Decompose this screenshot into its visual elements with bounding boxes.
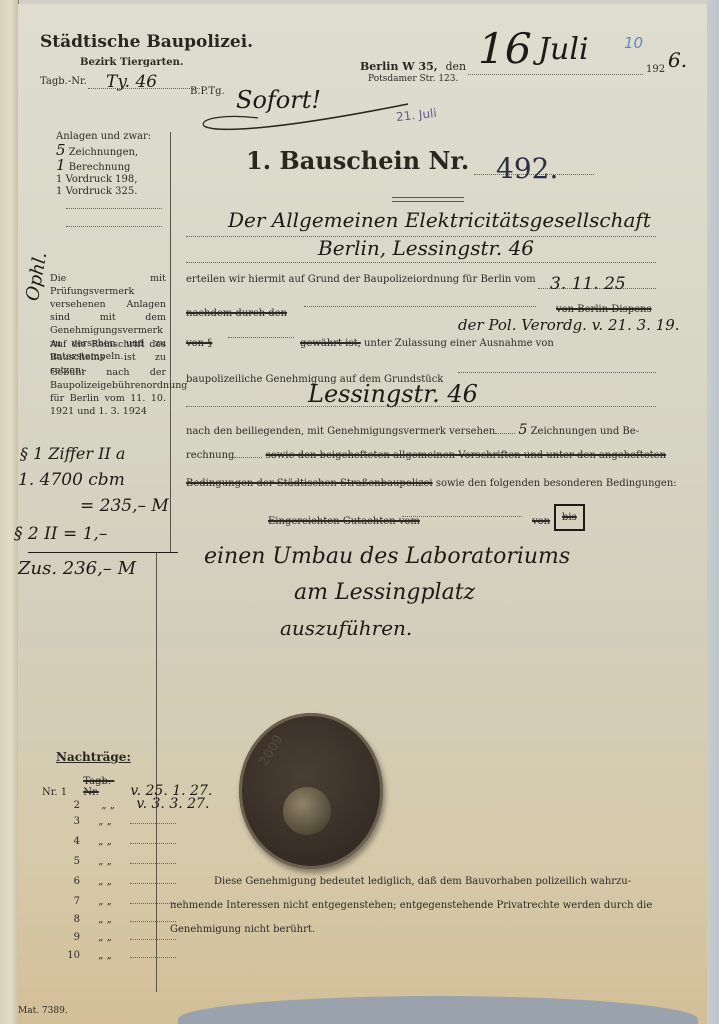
district-line: Bezirk Tiergarten.: [80, 57, 183, 68]
permit-number: 492.: [496, 152, 558, 185]
blank-line: [458, 372, 656, 373]
nachtrag-row: 10„ „: [42, 950, 176, 961]
nachtrag-row: 8„ „: [42, 914, 176, 925]
condition-line-3: auszuführen.: [280, 616, 412, 640]
blue-pencil-mark: 10: [624, 34, 643, 52]
year-suffix: 6.: [668, 48, 687, 72]
applicant-line-2: Berlin, Lessingstr. 46: [318, 236, 534, 260]
urgent-flourish-icon: [198, 96, 418, 136]
exception-text: unter Zulassung einer Ausnahme von: [364, 338, 554, 349]
struck-text: Eingereichten Gutachten vom: [268, 516, 420, 527]
attachment-item: 1 Berechnung: [56, 159, 138, 174]
form-number: Mat. 7389.: [18, 1006, 68, 1016]
tagb-label: Tagb.-Nr.: [40, 76, 87, 87]
conditions-text: sowie den folgenden besonderen Bedingung…: [436, 478, 677, 489]
applicant-blank-line: [186, 262, 656, 263]
nachtrag-row: 5„ „: [42, 856, 176, 867]
document-title: 1. Bauschein Nr.: [246, 146, 469, 175]
condition-line-2: am Lessingplatz: [294, 580, 475, 605]
struck-text: von Berlin Dispens: [556, 304, 652, 315]
table-surface: [178, 996, 698, 1024]
note-fee-basis: Gebühr nach der Baupolizeigebührenordnun…: [50, 366, 166, 418]
grant-text: erteilen wir hiermit auf Grund der Baupo…: [186, 274, 536, 285]
district-name: Tiergarten.: [120, 57, 183, 68]
nachtraege-heading: Nachträge:: [56, 750, 131, 764]
disclaimer-line-1: Diese Genehmigung bedeutet lediglich, da…: [214, 876, 631, 887]
nachtrag-row: 6„ „: [42, 876, 176, 887]
struck-text: Bedingungen der Städtischen Straßenbaupo…: [186, 478, 433, 489]
fee-paragraph: § 1 Ziffer II a: [20, 444, 125, 463]
calc-line: rechnung sowie den beigehefteten allgeme…: [186, 450, 666, 461]
struck-bracket: bis: [554, 504, 585, 531]
drawings-count: 5: [519, 422, 528, 438]
title-number-field: 492.: [474, 152, 594, 175]
attachments-heading: Anlagen und zwar:: [56, 131, 151, 142]
city-line: Berlin W 35, den: [360, 60, 466, 73]
title-rule: [392, 197, 464, 202]
tagb-field: Ty. 46: [88, 72, 200, 89]
property-address: Lessingstr. 46: [308, 380, 478, 408]
district-prefix: Bezirk: [80, 57, 117, 68]
fee-volume: 1. 4700 cbm: [18, 470, 125, 490]
year-prefix: 192: [646, 64, 665, 75]
nachtrag-row: 2 „ „ v. 3. 3. 27.: [42, 796, 209, 812]
attachment-item: 5 Zeichnungen,: [56, 144, 138, 159]
page-right-edge: [707, 0, 719, 1024]
struck-text: von §: [186, 338, 212, 349]
street-address: Potsdamer Str. 123.: [368, 74, 458, 84]
authority-heading: Städtische Baupolizei.: [40, 32, 253, 52]
nachtrag-row: 7„ „: [42, 896, 176, 907]
struck-text: nachdem durch den: [186, 308, 287, 319]
condition-line-1: einen Umbau des Laboratoriums: [204, 544, 570, 569]
applicant-line-1: Der Allgemeinen Elektricitätsgesellschaf…: [228, 208, 651, 232]
conditions-line: Bedingungen der Städtischen Straßenbaupo…: [186, 478, 677, 489]
disclaimer-line-3: Genehmigung nicht berührt.: [170, 924, 315, 935]
paperweight-marking: 2009: [257, 732, 287, 768]
fee-amount-1: = 235,– M: [80, 496, 169, 516]
fee-line-2: § 2 II = 1,–: [14, 524, 107, 544]
nachtrag-row: 9„ „: [42, 932, 176, 943]
paperweight: 2009: [239, 713, 383, 869]
blank-line: [186, 406, 656, 407]
attachment-item: 1 Vordruck 325.: [56, 186, 138, 198]
tagb-value: Ty. 46: [106, 72, 157, 92]
disclaimer-line-2: nehmende Interessen nicht entgegenstehen…: [170, 900, 652, 911]
column-divider-lower: [156, 552, 157, 992]
margin-signature: Ophl.: [22, 250, 51, 302]
nachtrag-row: 4„ „: [42, 836, 176, 847]
blank-line: [228, 337, 294, 338]
attachment-item: 1 Vordruck 198,: [56, 174, 138, 186]
den-label: den: [445, 60, 466, 73]
date-day: 16: [473, 24, 537, 73]
exception-value: der Pol. Verordg. v. 21. 3. 19.: [458, 316, 680, 334]
drawings-text: nach den beiliegenden, mit Genehmigungsv…: [186, 422, 639, 438]
blank-line: [304, 306, 536, 307]
attachments-list: 5 Zeichnungen, 1 Berechnung 1 Vordruck 1…: [56, 144, 138, 198]
exception-line: gewährt ist, unter Zulassung einer Ausna…: [300, 338, 554, 349]
city-name: Berlin W 35,: [360, 60, 438, 73]
fee-total: Zus. 236,– M: [18, 558, 136, 579]
grant-date: 3. 11. 25: [550, 274, 626, 294]
blank-line: [402, 516, 522, 517]
nachtrag-row: 3„ „: [42, 816, 176, 827]
fee-sum-rule: [28, 552, 178, 553]
attachment-blank-line: [66, 226, 162, 227]
grant-date-field: 3. 11. 25: [538, 274, 656, 289]
struck-text: sowie den beigehefteten allgemeinen Vors…: [266, 450, 666, 461]
left-page-edge: [0, 0, 19, 1024]
struck-text: gewährt ist,: [300, 338, 361, 349]
date-month: Juli: [538, 32, 589, 67]
column-divider: [170, 132, 171, 552]
attachment-blank-line: [66, 208, 162, 209]
paperweight-knob: [283, 787, 331, 835]
document-page: Städtische Baupolizei. Bezirk Tiergarten…: [18, 4, 708, 1024]
received-stamp: 21. Juli: [395, 106, 437, 124]
struck-text: von: [532, 516, 550, 527]
